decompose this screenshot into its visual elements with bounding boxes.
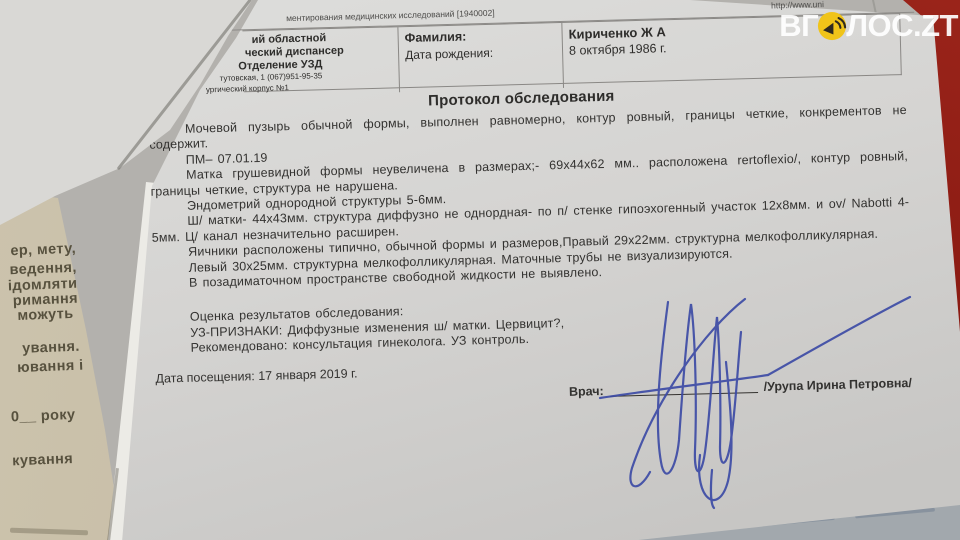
doctor-name: /Урупа Ирина Петровна/ [763, 376, 912, 394]
system-text: ментирования медицинских исследований [1… [286, 9, 495, 23]
visit-date: Дата посещения: 17 января 2019 г. [155, 366, 357, 385]
clinic-info-cell: ий областной ческий диспансер Отделение … [242, 27, 399, 96]
photo-of-document: ер, мету, ведення, ідомляти римання можу… [0, 0, 960, 540]
beige-fragment: 0__ року [11, 407, 76, 425]
doctor-signature-row: Врач:/Урупа Ирина Петровна/ [569, 376, 912, 399]
doctor-label: Врач: [569, 384, 604, 399]
beige-fragment: ювання і [17, 358, 84, 377]
beige-fragment: ування. [22, 339, 80, 357]
signature-line [610, 392, 758, 397]
megaphone-icon [817, 11, 847, 41]
document-sheet: ментирования медицинских исследований [1… [124, 0, 926, 490]
watermark-text-right: ЛОС.ZT [846, 10, 958, 41]
watermark: ВГ ЛОС.ZT [779, 10, 958, 41]
beige-fragment: ер, мету, [10, 241, 76, 260]
beige-fragment: кування [12, 451, 73, 469]
patient-labels-cell: Фамилия: Дата рождения: [397, 23, 563, 92]
watermark-text-left: ВГ [779, 10, 818, 41]
beige-fragment: можуть [17, 306, 74, 324]
birth-date-label: Дата рождения: [405, 43, 556, 63]
document-body: Мочевой пузырь обычной формы, выполнен р… [149, 103, 913, 357]
